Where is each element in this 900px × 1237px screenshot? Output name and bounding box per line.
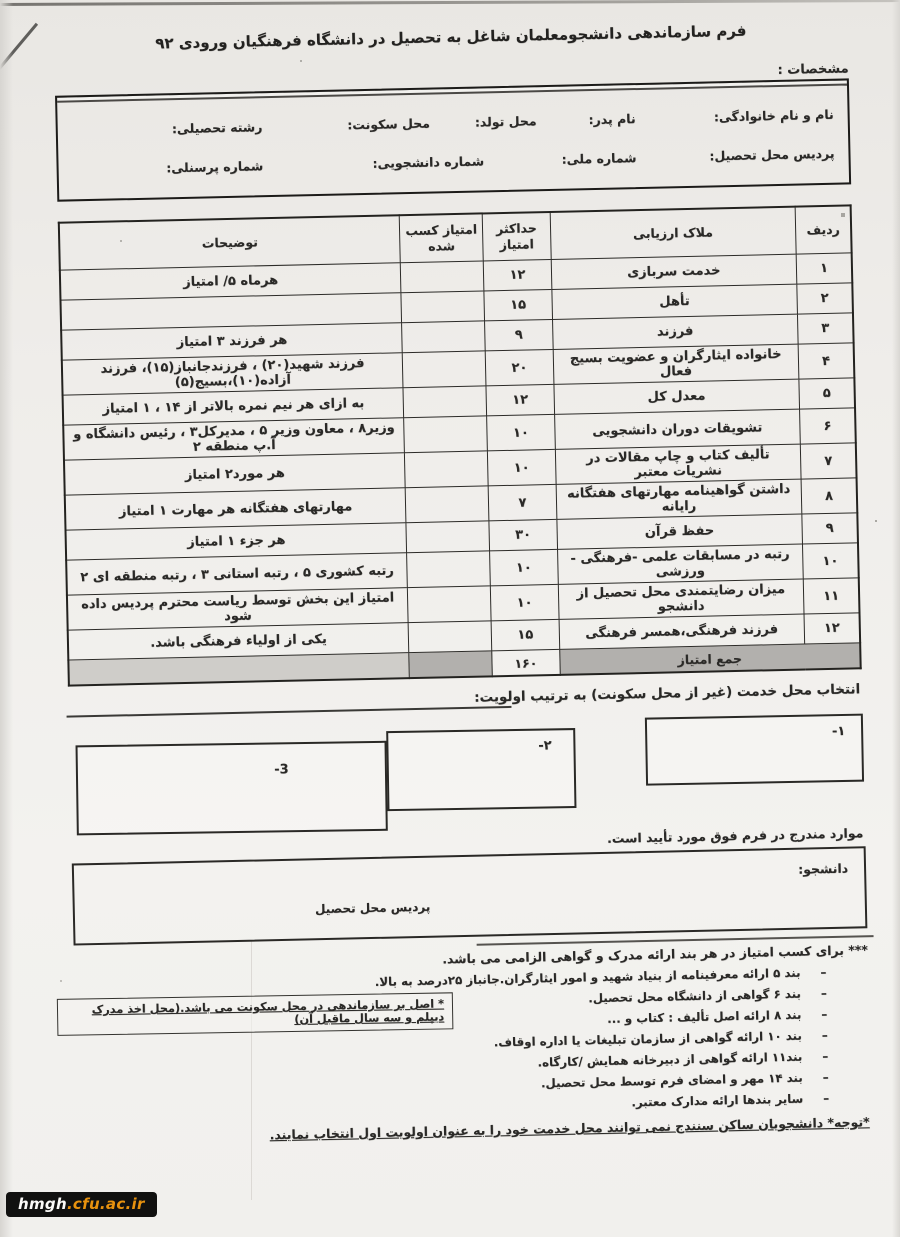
row-number: ۷ [800,443,856,479]
earned-score-cell [407,586,491,623]
watermark-suffix: .cfu.ac.ir [67,1195,145,1213]
priority-box-1: -۱ [645,714,864,786]
col-header-notes: توضیحات [59,215,401,270]
dash-marker: – [822,1049,828,1063]
footnotes-section: *** برای کسب امتیاز در هر بند ارائه مدرک… [74,942,871,1121]
priority-3-label: -3 [274,762,289,777]
priority-box-2: -۲ [386,728,576,811]
criterion-cell: تشویقات دوران دانشجویی [554,409,800,449]
evaluation-table: ردیف ملاک ارزیابی حداکثر امتیاز امتیاز ک… [58,204,862,686]
dash-marker: – [820,965,826,979]
dash-marker: – [821,1007,827,1021]
earned-score-cell [408,621,492,653]
row-number: ۳ [798,313,854,344]
dash-marker: – [821,986,827,1000]
row-number: ۴ [798,343,854,379]
col-header-row-number: ردیف [795,205,851,254]
footnote-text: بند ۶ گواهی از دانشگاه محل تحصیل. [588,987,801,1006]
max-score-cell: ۱۰ [490,549,558,585]
max-score-cell: ۱۵ [484,289,552,320]
earned-score-cell [404,416,488,453]
max-score-cell: ۱۵ [491,619,559,650]
row-number: ۱۱ [803,578,859,614]
max-score-cell: ۷ [488,484,556,520]
row-number: ۱۰ [803,543,859,579]
site-watermark: hmgh.cfu.ac.ir [6,1192,157,1217]
dash-marker: – [823,1070,829,1084]
scan-right-shadow [892,0,900,1237]
row-number: ۶ [800,408,856,444]
earned-score-cell [402,351,486,388]
footnote-text: بند ۵ ارائه معرفینامه از بنیاد شهید و ام… [375,966,801,989]
max-score-cell: ۱۰ [487,414,555,450]
criterion-cell: داشتن گواهینامه مهارتهای هفتگانه رایانه [556,479,802,519]
specs-row-2: پردیس محل تحصیل: شماره ملی: شماره دانشجو… [58,145,848,177]
priority-2-label: -۲ [538,738,552,753]
earned-score-cell [405,486,489,523]
row-number: ۱ [796,253,852,284]
dash-marker: – [822,1028,828,1042]
campus-signature-label: پردیس محل تحصیل [315,900,431,917]
criterion-cell: خانواده ایثارگران و عضویت بسیج فعال [553,344,799,384]
total-label-cell: جمع امتیاز [559,643,860,675]
max-score-cell: ۱۲ [483,259,551,290]
priority-boxes: -۱ -۲ -3 [69,713,865,836]
row-number: ۲ [797,283,853,314]
col-header-max-score: حداکثر امتیاز [482,212,550,261]
campus-field-label: پردیس محل تحصیل: [636,146,834,165]
max-score-cell: ۳۰ [489,519,557,550]
max-score-cell: ۲۰ [485,349,553,385]
earned-score-cell [402,321,486,353]
max-score-cell: ۹ [485,319,553,350]
birth-place-field-label: محل تولد: [430,113,537,130]
full-name-field-label: نام و نام خانوادگی: [635,107,833,126]
col-header-criterion: ملاک ارزیابی [550,207,796,260]
scan-top-edge [0,0,900,6]
total-max-cell: ۱۶۰ [492,649,560,676]
father-name-field-label: نام پدر: [536,111,635,128]
row-number: ۹ [802,513,858,544]
priority-1-label: -۱ [832,724,846,739]
scan-corner-mark [0,23,38,72]
footnote-text: سایر بندها ارائه مدارک معتبر. [631,1092,803,1110]
max-score-cell: ۱۰ [488,449,556,485]
row-number: ۵ [799,378,855,409]
attention-note: *توجه* دانشجویان ساکن سنندج نمی توانند م… [78,1114,872,1146]
row-number: ۱۲ [804,613,860,644]
criterion-cell: تألیف کتاب و چاپ مقالات در نشریات معتبر [555,444,801,484]
earned-score-cell [404,451,488,488]
field-of-study-field-label: رشته تحصیلی: [140,119,262,137]
scan-noise-specks [0,0,2,2]
criterion-cell: رتبه در مسابقات علمی -فرهنگی - ورزشی [557,544,803,584]
footnote-text: بند ۱۰ ارائه گواهی از سازمان تبلیغات یا … [494,1029,802,1050]
scanned-form-page: فرم سازماندهی دانشجومعلمان شاغل به تحصیل… [53,7,871,1146]
residence-principle-note: * اصل بر سازماندهی در محل سکونت می باشد.… [57,992,454,1036]
dash-marker: – [823,1091,829,1105]
max-score-cell: ۱۰ [491,584,559,620]
residence-field-label: محل سکونت: [262,116,430,135]
specs-row-1: نام و نام خانوادگی: نام پدر: محل تولد: م… [58,106,848,138]
form-title: فرم سازماندهی دانشجومعلمان شاغل به تحصیل… [54,19,848,54]
footnote-text: بند۱۱ ارائه گواهی از دبیرخانه همایش /کار… [537,1050,802,1070]
student-id-field-label: شماره دانشجویی: [263,153,484,173]
priority-box-3: -3 [76,741,388,836]
national-id-field-label: شماره ملی: [484,150,637,168]
earned-score-cell [407,551,491,588]
criterion-cell: میزان رضایتمندی محل تحصیل از دانشجو [558,579,804,619]
col-header-earned-score: امتیاز کسب شده [399,213,483,262]
signature-box: دانشجو: پردیس محل تحصیل [72,846,868,945]
service-location-heading: انتخاب محل خدمت (غیر از محل سکونت) به تر… [68,681,862,714]
specs-box: نام و نام خانوادگی: نام پدر: محل تولد: م… [55,78,851,201]
footnote-text: بند ۸ ارائه اصل تألیف : کتاب و ... [607,1008,801,1026]
earned-score-cell [403,386,487,418]
earned-score-cell [406,521,490,553]
footnote-text: بند ۱۴ مهر و امضای فرم توسط محل تحصیل. [541,1071,803,1091]
student-signature-label: دانشجو: [798,861,848,877]
watermark-prefix: hmgh [18,1195,67,1213]
max-score-cell: ۱۲ [486,384,554,415]
personnel-id-field-label: شماره پرسنلی: [126,158,263,176]
earned-score-cell [401,291,485,323]
scan-left-shadow [0,0,13,1237]
earned-score-cell [400,261,484,293]
total-earned-cell [409,651,493,678]
row-number: ۸ [801,478,857,514]
